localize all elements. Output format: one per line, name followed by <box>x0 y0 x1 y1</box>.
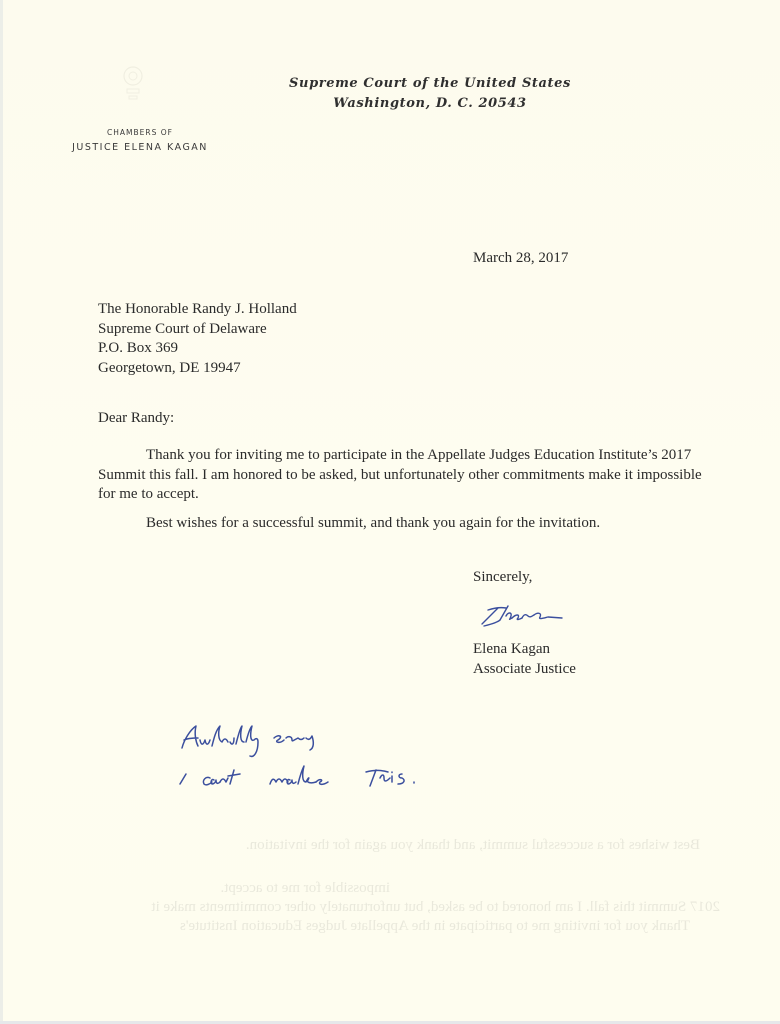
handwritten-note <box>170 712 510 802</box>
chambers-justice-name: JUSTICE ELENA KAGAN <box>60 140 220 156</box>
letterhead-court-name: Supreme Court of the United States <box>200 74 660 94</box>
signer-name: Elena Kagan <box>473 640 576 660</box>
signer-block: Elena Kagan Associate Justice <box>473 640 576 679</box>
letterhead: Supreme Court of the United States Washi… <box>200 74 660 114</box>
show-through-line: 2017 Summit this fall. I am honored to b… <box>100 898 720 917</box>
scan-left-edge <box>0 0 3 1024</box>
letter-date: March 28, 2017 <box>473 249 568 269</box>
chambers-block: CHAMBERS OF JUSTICE ELENA KAGAN <box>60 126 220 156</box>
recipient-line: P.O. Box 369 <box>98 339 297 359</box>
show-through-line: Thank you for inviting me to participate… <box>100 917 720 936</box>
handwritten-signature <box>478 598 568 632</box>
chambers-label: CHAMBERS OF <box>60 126 220 140</box>
closing: Sincerely, <box>473 568 532 588</box>
embossed-seal-icon <box>118 64 148 108</box>
show-through-line: impossible for me to accept. <box>100 879 720 898</box>
recipient-line: The Honorable Randy J. Holland <box>98 300 297 320</box>
body-paragraph: Thank you for inviting me to participate… <box>98 446 708 505</box>
reverse-side-show-through: Best wishes for a successful summit, and… <box>100 836 720 936</box>
recipient-address: The Honorable Randy J. Holland Supreme C… <box>98 300 297 378</box>
salutation: Dear Randy: <box>98 409 174 429</box>
letter-page: Supreme Court of the United States Washi… <box>0 0 780 1024</box>
recipient-line: Georgetown, DE 19947 <box>98 359 297 379</box>
letterhead-address: Washington, D. C. 20543 <box>200 94 660 114</box>
show-through-line: Best wishes for a successful summit, and… <box>100 836 720 855</box>
signer-title: Associate Justice <box>473 660 576 680</box>
body-paragraph: Best wishes for a successful summit, and… <box>146 514 716 534</box>
recipient-line: Supreme Court of Delaware <box>98 320 297 340</box>
